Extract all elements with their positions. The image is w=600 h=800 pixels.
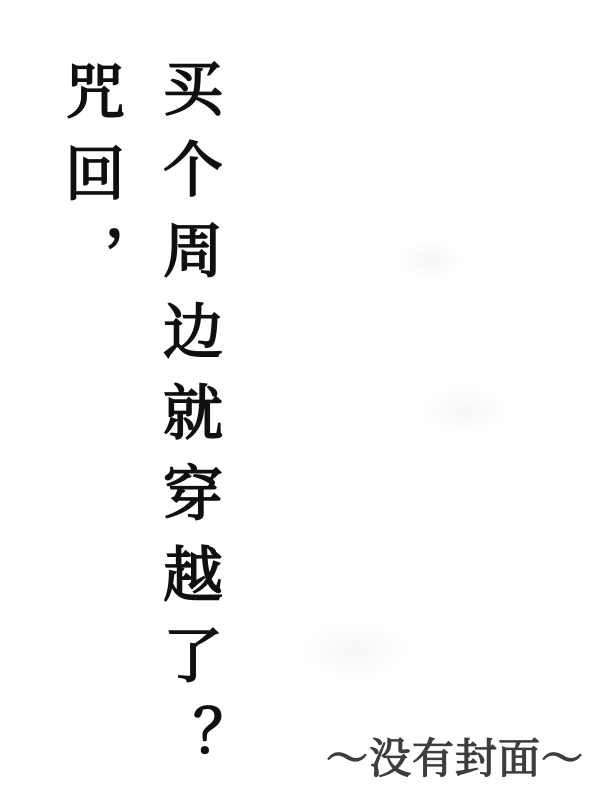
book-cover-placeholder: 咒回， 买个周边就穿越了？ ～没有封面～ <box>0 0 600 800</box>
title-column-main: 买个周边就穿越了？ <box>158 57 218 786</box>
title-column-left: 咒回， <box>60 60 120 306</box>
no-cover-label: ～没有封面～ <box>326 738 584 780</box>
paper-smudge <box>300 620 410 680</box>
paper-smudge <box>420 385 510 435</box>
paper-smudge <box>395 240 465 280</box>
